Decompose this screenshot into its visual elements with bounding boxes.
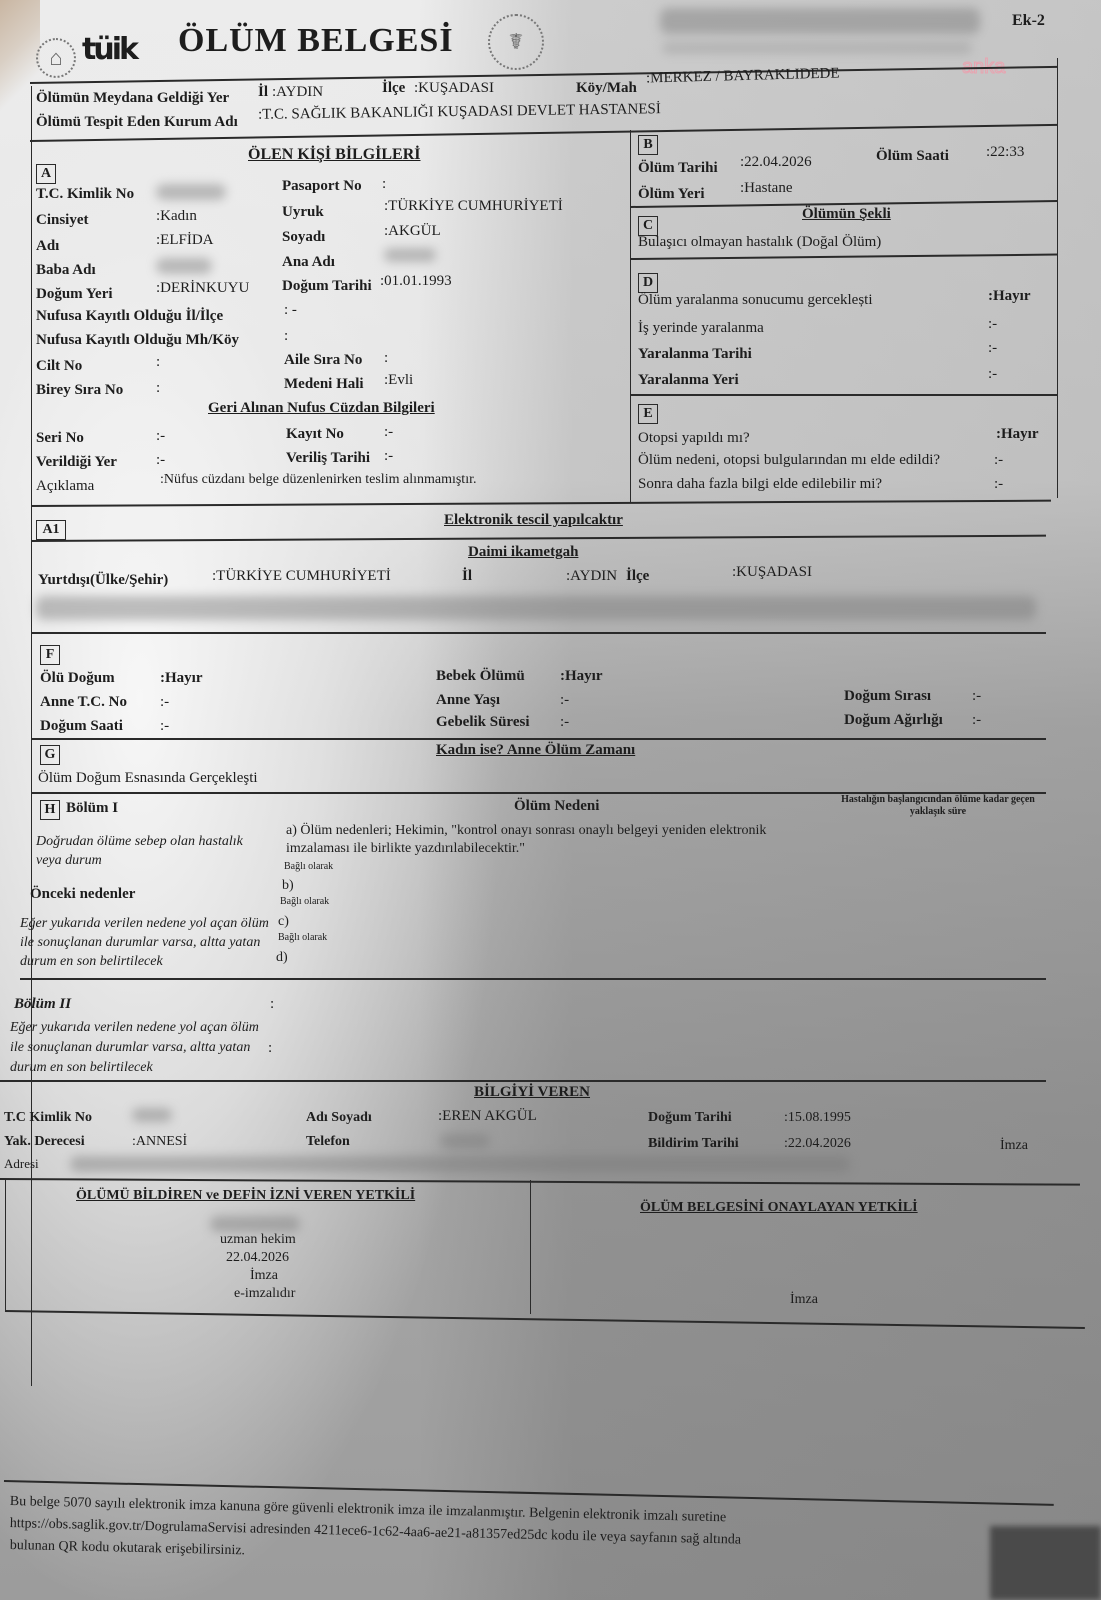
issue-date-value: :- (384, 448, 393, 465)
birth-order-label: Doğum Sırası (844, 688, 931, 705)
informant-name-label: Adı Soyadı (306, 1110, 372, 1126)
death-manner-value: Bulaşıcı olmayan hastalık (Doğal Ölüm) (638, 234, 881, 251)
volume-value: : (156, 354, 160, 371)
informant-birth-date-label: Doğum Tarihi (648, 1110, 732, 1126)
passport-value: : (382, 176, 386, 193)
family-order-label: Aile Sıra No (284, 352, 362, 369)
gestation-label: Gebelik Süresi (436, 714, 530, 731)
part1-label: Bölüm I (66, 800, 118, 817)
abroad-label: Yurtdışı(Ülke/Şehir) (38, 572, 168, 589)
mother-age-value: :- (560, 692, 569, 709)
direct-cause-label: Doğrudan ölüme sebep olan hastalık veya … (36, 832, 266, 870)
notice-date-label: Bildirim Tarihi (648, 1136, 739, 1152)
qr-code-region (990, 1526, 1101, 1600)
maternal-death-title: Kadın ise? Anne Ölüm Zamanı (436, 742, 635, 759)
informant-signature-label: İmza (1000, 1138, 1028, 1154)
document-title: ÖLÜM BELGESİ (178, 22, 454, 60)
tuik-emblem-icon: ⌂ (36, 38, 76, 78)
residence-il-value: :AYDIN (566, 568, 617, 585)
place-il-label: İl (258, 84, 268, 101)
gender-label: Cinsiyet (36, 212, 89, 229)
tuik-logo: tüik (82, 32, 136, 67)
nationality-label: Uyruk (282, 204, 324, 221)
stillbirth-label: Ölü Doğum (40, 670, 115, 687)
maternal-death-value: Ölüm Doğum Esnasında Gerçekleşti (38, 770, 258, 787)
death-place-value: :Hastane (740, 180, 792, 197)
autopsy-findings-value: :- (994, 452, 1003, 469)
reporting-official-title: ÖLÜMÜ BİLDİREN ve DEFİN İZNİ VEREN YETKİ… (76, 1188, 415, 1204)
mother-tc-value: :- (160, 694, 169, 711)
more-info-label: Sonra daha fazla bilgi elde edilebilir m… (638, 476, 882, 493)
cause-a-value: a) Ölüm nedenleri; Hekimin, "kontrol ona… (286, 822, 816, 858)
residence-title: Daimi ikametgah (468, 544, 578, 561)
nationality-value: :TÜRKİYE CUMHURİYETİ (384, 198, 563, 215)
father-name-label: Baba Adı (36, 262, 96, 279)
informant-relation-value: :ANNESİ (132, 1134, 187, 1150)
registry-city-value: : - (284, 302, 297, 319)
ministry-emblem-icon: ☤ (488, 14, 544, 70)
residence-ilce-value: :KUŞADASI (732, 564, 812, 581)
redacted-informant-phone (440, 1134, 490, 1148)
injury-death-value: :Hayır (988, 288, 1031, 305)
abroad-value: :TÜRKİYE CUMHURİYETİ (212, 568, 391, 585)
duration-header: Hastalığın başlangıcından ölüme kadar ge… (840, 794, 1036, 818)
electronic-registration-title: Elektronik tescil yapılcaktır (444, 512, 623, 529)
cause-c-value: c) (278, 914, 289, 930)
redacted-mother-name (384, 248, 436, 262)
mother-age-label: Anne Yaşı (436, 692, 500, 709)
person-order-label: Birey Sıra No (36, 382, 123, 399)
informant-phone-label: Telefon (306, 1134, 350, 1150)
birth-place-value: :DERİNKUYU (156, 280, 249, 297)
death-time-label: Ölüm Saati (876, 148, 949, 165)
part2-description: Eğer yukarıda verilen nedene yol açan öl… (10, 1018, 260, 1078)
record-no-label: Kayıt No (286, 426, 344, 443)
redacted-tc (156, 184, 226, 200)
serial-label: Seri No (36, 430, 84, 447)
issue-date-label: Veriliş Tarihi (286, 450, 370, 467)
death-place-label: Ölüm Yeri (638, 186, 705, 203)
form-code: Ek-2 (1012, 12, 1045, 30)
section-h-marker: H (40, 800, 60, 820)
marital-status-label: Medeni Hali (284, 376, 364, 393)
family-order-value: : (384, 350, 388, 367)
more-info-value: :- (994, 476, 1003, 493)
residence-ilce-label: İlçe (626, 568, 649, 585)
registry-city-label: Nufusa Kayıtlı Olduğu İl/İlçe (36, 308, 223, 325)
gender-value: :Kadın (156, 208, 197, 225)
serial-value: :- (156, 428, 165, 445)
place-ilce-label: İlçe (382, 80, 405, 97)
redacted-official-name (210, 1216, 300, 1232)
mother-tc-label: Anne T.C. No (40, 694, 127, 711)
section-e-marker: E (638, 404, 658, 424)
birth-weight-label: Doğum Ağırlığı (844, 712, 943, 729)
issued-place-label: Verildiği Yer (36, 454, 117, 471)
informant-title: BİLGİYİ VEREN (474, 1084, 590, 1101)
issued-place-value: :- (156, 452, 165, 469)
section-d-marker: D (638, 273, 658, 293)
birth-time-value: :- (160, 718, 169, 735)
due-to-label-a: Bağlı olarak (284, 861, 333, 872)
registry-village-value: : (284, 328, 288, 345)
residence-il-label: İl (462, 568, 472, 585)
redacted-address-row (36, 596, 1036, 620)
section-a-title: ÖLEN KİŞİ BİLGİLERİ (248, 146, 421, 164)
redacted-informant-address (70, 1156, 850, 1172)
informant-address-label: Adresi (4, 1156, 39, 1172)
name-label: Adı (36, 238, 59, 255)
official-date: 22.04.2026 (226, 1250, 289, 1266)
injury-place-label: Yaralanma Yeri (638, 372, 739, 389)
birth-place-label: Doğum Yeri (36, 286, 113, 303)
registry-village-label: Nufusa Kayıtlı Olduğu Mh/Köy (36, 332, 239, 349)
section-c-marker: C (638, 216, 658, 236)
note-value: :Nüfus cüzdanı belge düzenlenirken tesli… (160, 472, 476, 488)
underlying-cause-label: Eğer yukarıda verilen nedene yol açan öl… (20, 914, 270, 971)
workplace-injury-label: İş yerinde yaralanma (638, 320, 764, 337)
birth-date-value: :01.01.1993 (380, 273, 452, 290)
part2-label: Bölüm II (14, 996, 71, 1013)
person-order-value: : (156, 380, 160, 397)
surname-value: :AKGÜL (384, 223, 441, 240)
section-b-marker: B (638, 135, 658, 155)
due-to-label-b: Bağlı olarak (280, 896, 329, 907)
workplace-injury-value: :- (988, 316, 997, 333)
official-signature-label: İmza (250, 1268, 278, 1284)
place-label: Ölümün Meydana Geldiği Yer (36, 90, 229, 107)
autopsy-value: :Hayır (996, 426, 1039, 443)
gestation-value: :- (560, 714, 569, 731)
section-g-marker: G (40, 745, 60, 765)
injury-date-value: :- (988, 340, 997, 357)
injury-date-label: Yaralanma Tarihi (638, 346, 752, 363)
death-time-value: :22:33 (986, 144, 1024, 161)
part2-colon-2: : (268, 1040, 272, 1057)
passport-label: Pasaport No (282, 178, 362, 195)
record-no-value: :- (384, 424, 393, 441)
redacted-informant-tc (132, 1108, 172, 1122)
redacted-father-name (156, 258, 212, 274)
infant-death-label: Bebek Ölümü (436, 668, 525, 685)
informant-name-value: :EREN AKGÜL (438, 1108, 537, 1125)
section-f-marker: F (40, 645, 60, 665)
previous-causes-label: Önceki nedenler (30, 886, 135, 903)
institution-label: Ölümü Tespit Eden Kurum Adı (36, 114, 238, 131)
injury-place-value: :- (988, 366, 997, 383)
section-a1-marker: A1 (36, 520, 66, 540)
official-role: uzman hekim (220, 1232, 296, 1248)
due-to-label-c: Bağlı olarak (278, 932, 327, 943)
place-koy-label: Köy/Mah (576, 80, 637, 97)
name-value: :ELFİDA (156, 232, 214, 249)
official-esign-label: e-imzalıdır (234, 1286, 295, 1302)
birth-date-label: Doğum Tarihi (282, 278, 372, 295)
approving-signature-label: İmza (790, 1292, 818, 1308)
birth-weight-value: :- (972, 712, 981, 729)
surname-label: Soyadı (282, 229, 325, 246)
informant-relation-label: Yak. Derecesi (4, 1134, 85, 1150)
tc-label: T.C. Kimlik No (36, 186, 134, 203)
death-manner-title: Ölümün Şekli (802, 206, 891, 223)
redacted-barcode (660, 8, 980, 34)
place-il-value: :AYDIN (272, 84, 323, 101)
stillbirth-value: :Hayır (160, 670, 203, 687)
place-ilce-value: :KUŞADASI (414, 80, 494, 97)
cause-d-value: d) (276, 950, 288, 966)
approving-official-title: ÖLÜM BELGESİNİ ONAYLAYAN YETKİLİ (640, 1200, 918, 1216)
cause-title: Ölüm Nedeni (514, 798, 599, 815)
notice-date-value: :22.04.2026 (784, 1136, 851, 1152)
birth-time-label: Doğum Saati (40, 718, 123, 735)
birth-order-value: :- (972, 688, 981, 705)
informant-birth-date-value: :15.08.1995 (784, 1110, 851, 1126)
injury-death-label: Ölüm yaralanma sonucumu gerceklești (638, 292, 873, 309)
note-label: Açıklama (36, 478, 94, 495)
autopsy-findings-label: Ölüm nedeni, otopsi bulgularından mı eld… (638, 452, 940, 469)
infant-death-value: :Hayır (560, 668, 603, 685)
redacted-header-text (662, 42, 972, 54)
part2-colon-1: : (270, 996, 274, 1013)
death-date-value: :22.04.2026 (740, 154, 812, 171)
death-date-label: Ölüm Tarihi (638, 160, 718, 177)
mother-name-label: Ana Adı (282, 254, 335, 271)
informant-tc-label: T.C Kimlik No (4, 1110, 92, 1126)
autopsy-label: Otopsi yapıldı mı? (638, 430, 750, 447)
marital-status-value: :Evli (384, 372, 413, 389)
cause-b-value: b) (282, 878, 294, 894)
volume-label: Cilt No (36, 358, 82, 375)
section-a-marker: A (36, 164, 56, 184)
id-card-title: Geri Alınan Nufus Cüzdan Bilgileri (208, 400, 435, 417)
